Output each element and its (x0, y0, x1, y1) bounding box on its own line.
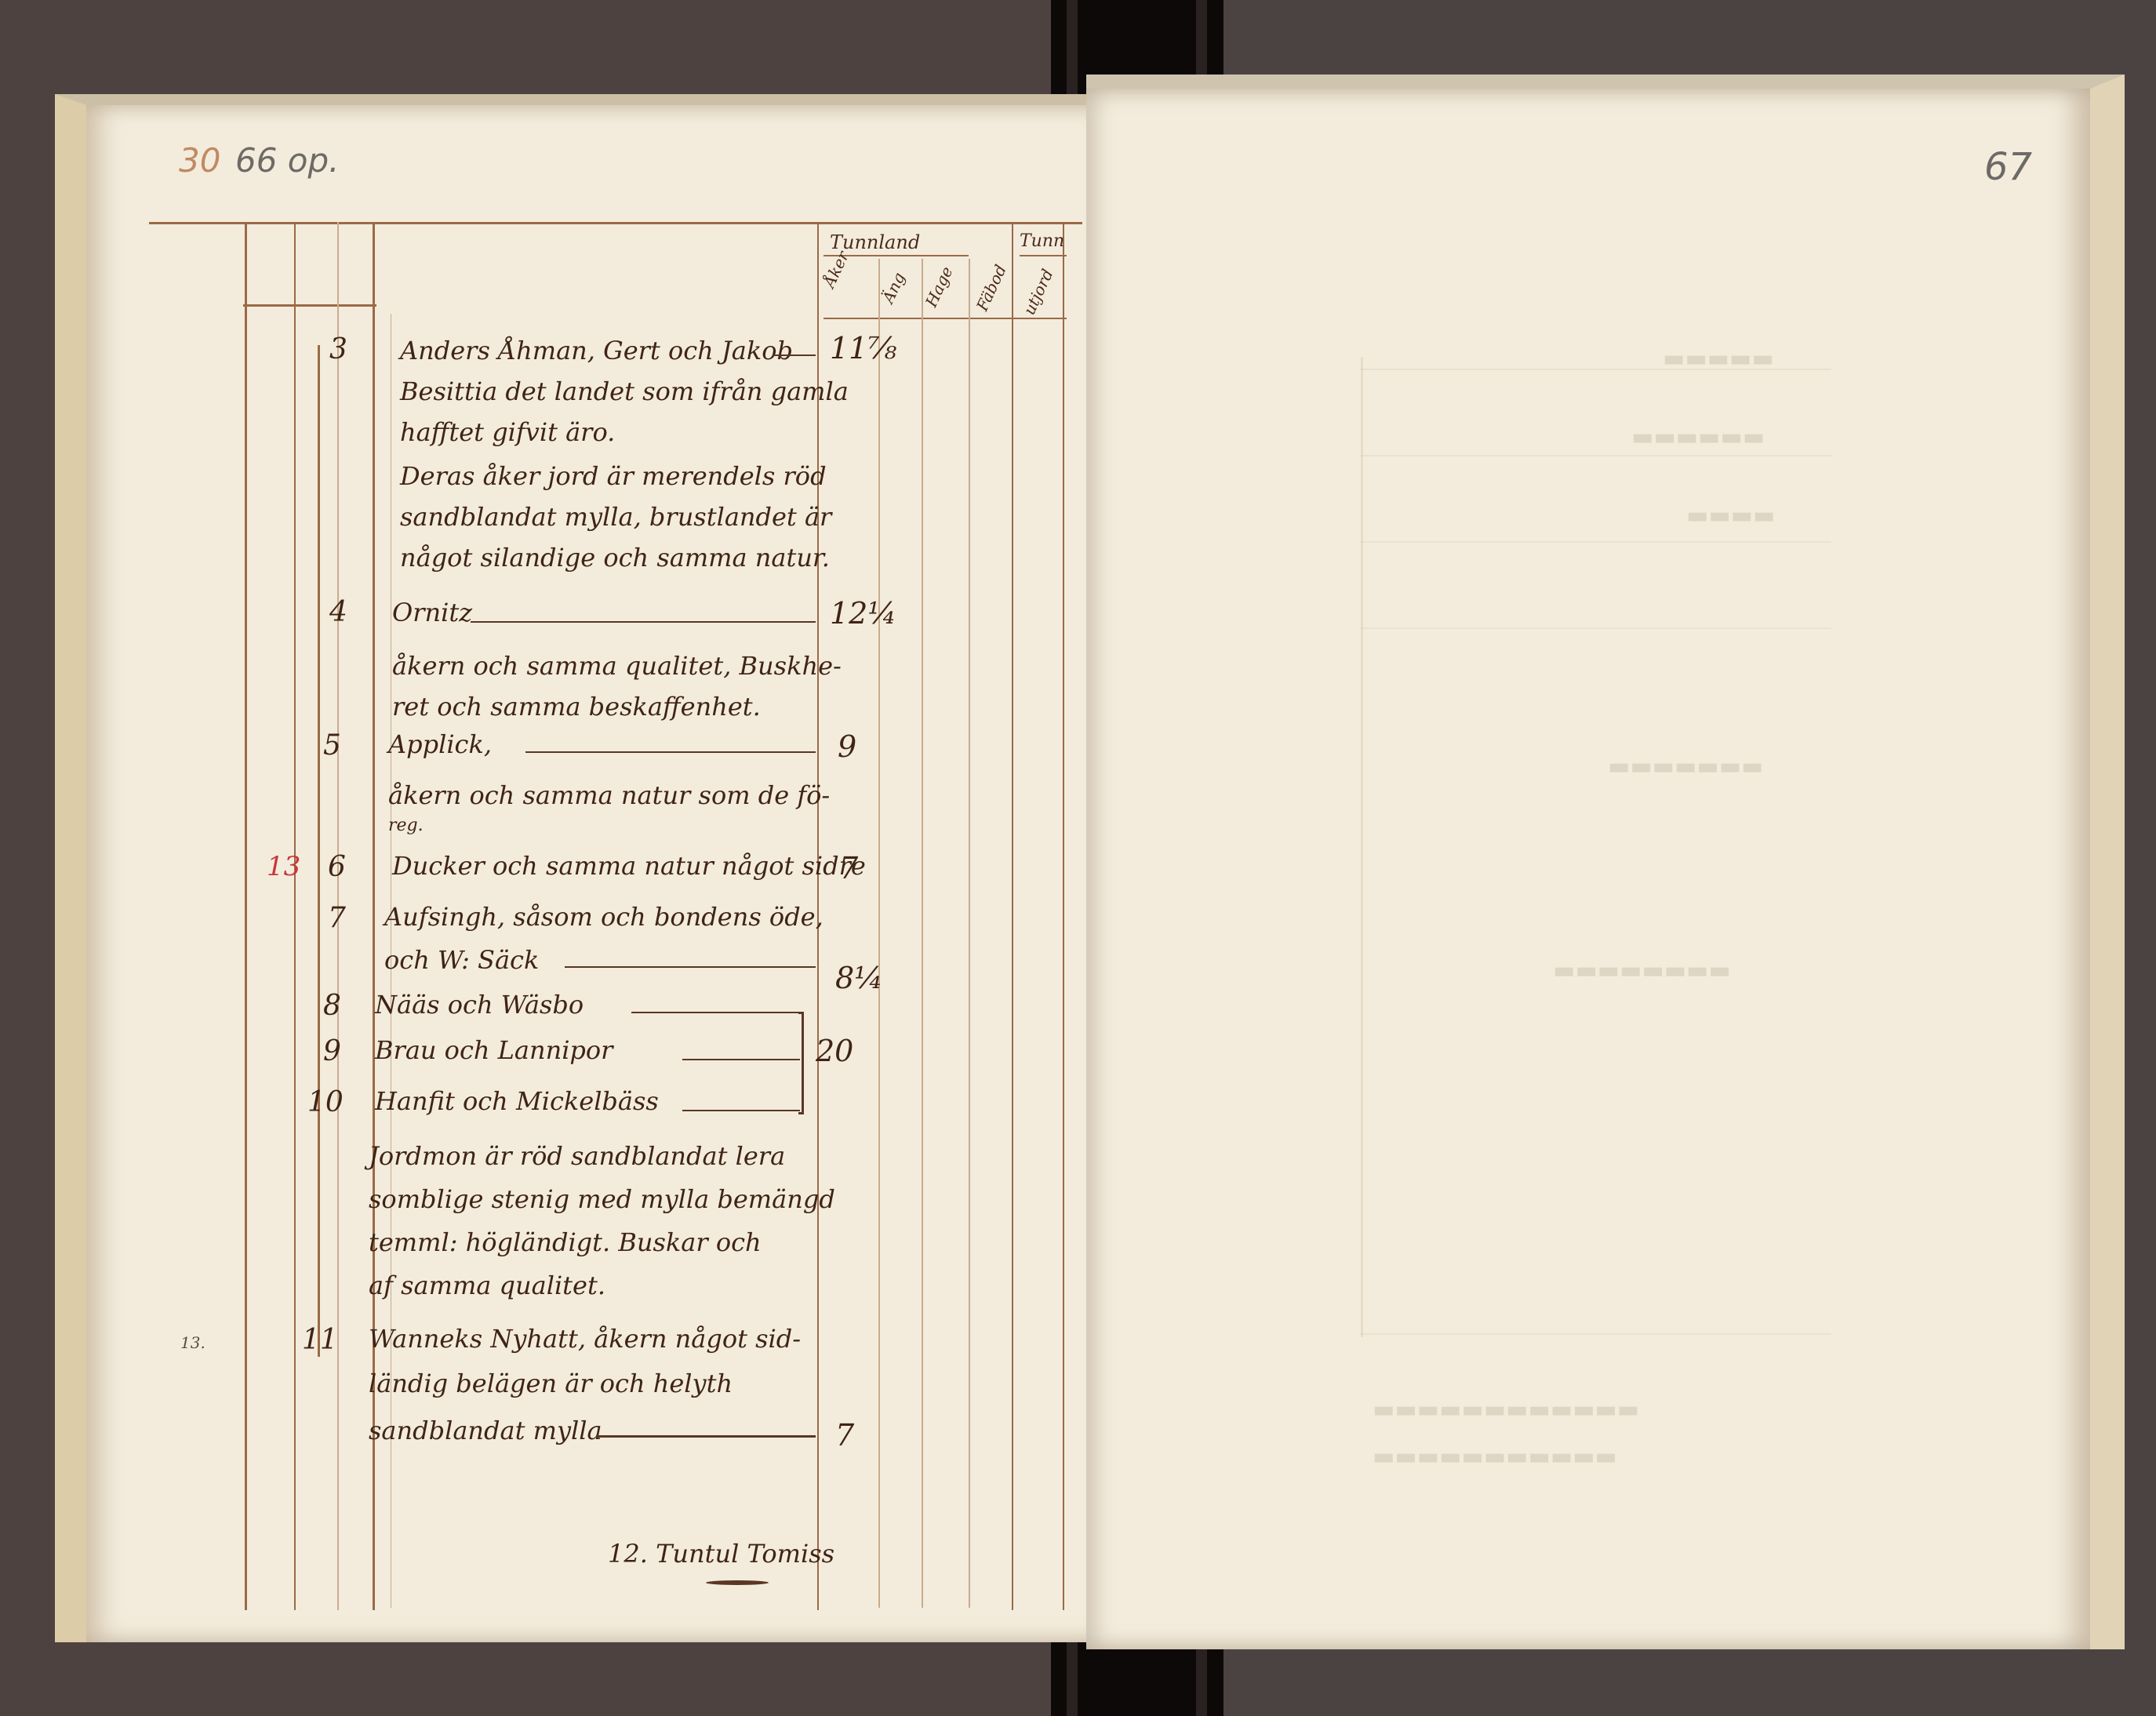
header-bottom-rule (823, 318, 1067, 319)
entry-line: och W: Säck (384, 945, 539, 975)
leader-line (471, 621, 816, 623)
leader-line (565, 966, 816, 968)
entry-number: 7 (328, 902, 346, 934)
entry-value: 11⅞ (830, 331, 896, 365)
entry-number: 4 (329, 596, 347, 628)
column-group-header: Tunn (1020, 231, 1064, 251)
entry-line: ret och samma beskaffenhet. (392, 692, 761, 722)
entry-line: något silandige och samma natur. (400, 543, 830, 573)
entry-number: 6 (328, 851, 346, 883)
margin-rule (245, 222, 247, 1610)
bleed-through-text: ▬▬▬▬▬▬▬▬▬▬▬ (1372, 1443, 1617, 1471)
margin-note-small: 13. (180, 1333, 205, 1352)
bleed-through-rule (1361, 627, 1831, 629)
header-rule (149, 222, 1082, 224)
entry-line: Brau och Lannipor (375, 1035, 613, 1065)
leader-line (773, 354, 816, 356)
bleed-through-text: ▬▬▬▬▬ (1663, 345, 1774, 373)
entry-number: 10 (307, 1086, 344, 1118)
entry-number: 11 (302, 1324, 338, 1356)
entry-number: 8 (323, 990, 341, 1022)
bleed-through-text: ▬▬▬▬ (1686, 502, 1775, 529)
leader-line (596, 1435, 816, 1438)
leader-line (631, 1012, 800, 1013)
entry-line: Ornitz (392, 598, 472, 627)
entry-number: 5 (323, 729, 341, 762)
margin-box-rule (243, 304, 376, 307)
entry-line: ländig belägen är och helyth (369, 1369, 733, 1398)
entry-line: af samma qualitet. (369, 1271, 605, 1300)
value-column-rule (878, 259, 880, 1608)
group-bracket (798, 1012, 804, 1114)
entry-value: 9 (838, 729, 856, 764)
value-column-rule (1012, 222, 1013, 1610)
bleed-through-rule (1361, 541, 1831, 543)
entry-line: somblige stenig med mylla bemängd (369, 1184, 835, 1214)
entry-value: 7 (839, 851, 858, 885)
entry-line: åkern och samma qualitet, Buskhe- (392, 651, 842, 681)
column-group-header: Tunnland (830, 231, 920, 253)
entry-line: Anders Åhman, Gert och Jakob (400, 336, 793, 365)
leader-line (682, 1110, 800, 1111)
bleed-through-text: ▬▬▬▬▬▬▬ (1608, 753, 1763, 780)
entry-line: Besittia det landet som ifrån gamla (400, 376, 849, 406)
leader-line (525, 751, 816, 753)
bleed-through-rule (1361, 1333, 1831, 1335)
entry-line: åkern och samma natur som de fö- (388, 780, 830, 810)
leader-line (682, 1059, 800, 1060)
entry-line: temml: högländigt. Buskar och (369, 1227, 762, 1257)
folio-mark: 66 op. (235, 141, 340, 180)
bleed-through-rule (1361, 455, 1831, 456)
value-column-rule (1063, 222, 1064, 1610)
value-column-rule (922, 259, 923, 1608)
entry-line: Applick, (388, 729, 492, 759)
entry-number: 3 (329, 333, 347, 365)
entry-value: 20 (816, 1034, 853, 1068)
entry-line: Hanfit och Mickelbäss (375, 1086, 659, 1116)
entry-value: 12¼ (830, 596, 896, 631)
entry-line: hafftet gifvit äro. (400, 417, 615, 447)
bleed-through-rule (1361, 357, 1363, 1337)
entry-line: Jordmon är röd sandblandat lera (369, 1141, 785, 1171)
number-column-rule (373, 222, 375, 1610)
bleed-through-text: ▬▬▬▬▬▬ (1631, 424, 1765, 451)
margin-note-red: 13 (267, 851, 300, 882)
entry-line: Ducker och samma natur något sidre (392, 851, 866, 881)
entry-line: sandblandat mylla (369, 1416, 602, 1445)
entry-line: reg. (388, 816, 424, 835)
footer-flourish (706, 1580, 769, 1585)
page-footer-note: 12. Tuntul Tomiss (608, 1539, 834, 1569)
page-number: 67 (1984, 145, 2032, 189)
bleed-through-text: ▬▬▬▬▬▬▬▬▬▬▬▬ (1372, 1396, 1639, 1423)
margin-rule (294, 222, 296, 1610)
entry-value: 7 (835, 1418, 854, 1452)
entry-line: Aufsingh, såsom och bondens öde, (384, 902, 823, 932)
entry-number: 9 (323, 1035, 341, 1067)
entry-line: Nääs och Wäsbo (375, 990, 584, 1020)
entry-bracket (318, 345, 320, 1357)
entry-value: 8¼ (835, 961, 883, 995)
folio-mark-crossed: 30 (179, 141, 220, 180)
header-subrule (1020, 255, 1067, 256)
value-column-rule (969, 259, 970, 1608)
entry-line: Wanneks Nyhatt, åkern något sid- (369, 1324, 801, 1354)
entry-line: sandblandat mylla, brustlandet är (400, 502, 831, 532)
entry-line: Deras åker jord är merendels röd (400, 461, 827, 491)
bleed-through-text: ▬▬▬▬▬▬▬▬ (1553, 957, 1731, 984)
